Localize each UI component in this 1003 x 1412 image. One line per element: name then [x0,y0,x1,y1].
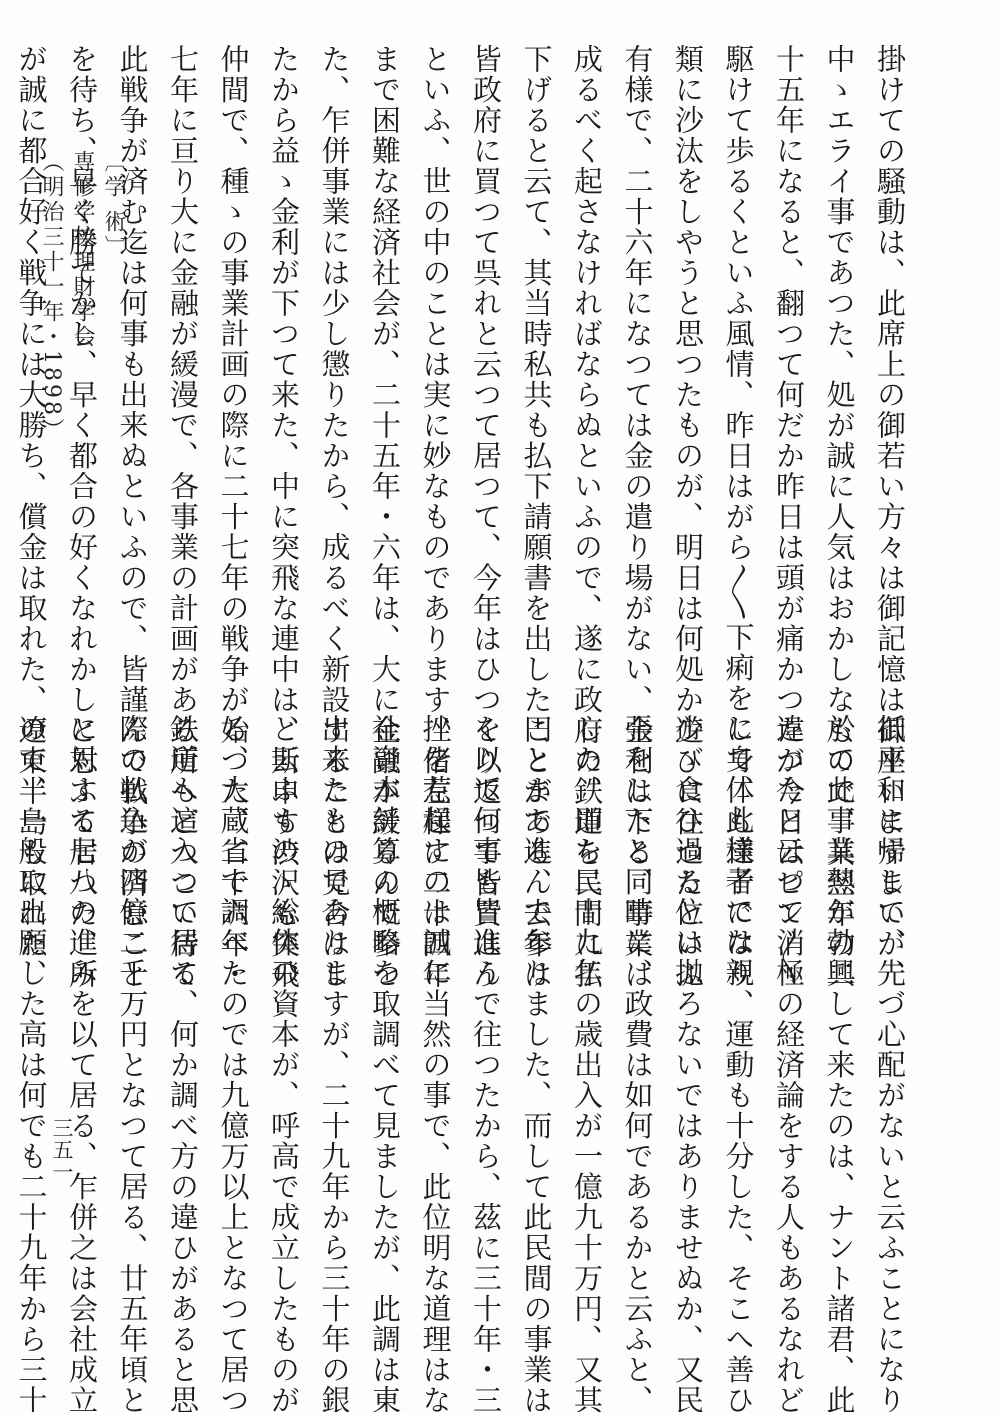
page-number: 三五一 [47,1117,77,1183]
text-column: た、乍併事業には少し懲りたから、成るべく新設することは見合はし [309,44,360,684]
text-column: 此戦争が済む迄は何事も出来ぬといふので、皆謹んで戦争の済むこと [107,44,158,684]
text-column: 成るべく起さなければならぬといふので、遂に政府の鉄道を民間に払 [562,44,613,684]
text-column: 仲間で、種ゝの事業計画の際に二十七年の戦争が始つた、二十六年・ [208,44,259,684]
text-column: した、即ち二十九年の歳出入が一億九十万円、又其翌年は二億四千万 [562,714,613,1354]
text-column: 抵平和に帰して、先づ心配がないと云ふことになりましたから、是に [865,714,916,1354]
text-column: 駆けて歩るくといふ風情、昨日はがら〳〵下痢をして、此様子では親 [713,44,764,684]
text-column: 十五年になると、翻つて何だか昨日は頭が痛かつたが今日はピン〳〵 [764,44,815,684]
text-column: といふ、世の中のことは実に妙なものであります、偖左様に二十四年 [410,44,461,684]
text-column: たから益ゝ金利が下つて来た、中に突飛な連中は、斯申す渋沢も突飛 [259,44,310,684]
text-block-lower: 抵平和に帰して、先づ心配がないと云ふことになりましたから、是に 於て此事業熱が勃… [95,714,915,1354]
text-block-upper: 掛けての騒動は、此席上の御若い方々は御記憶は御座いますまいが、 中ゝエライ事であ… [95,44,915,684]
text-column: 皆政府に買つて呉れと云つて居つて、今年はひつくり返つて皆買はう [461,44,512,684]
text-column: 中ゝエライ事であつた、処が誠に人気はおかしなもので、其翌年の二 [814,44,865,684]
text-column: まで困難な経済社会が、二十五年・六年は、大に金融が緩るんで参つ [360,44,411,684]
text-column: 出来たものでありますが、二十九年から三十年の銀行・諸会社・鉄道 [309,714,360,1354]
text-column: 有様で、二十六年になつては金の遣り場がない、金利は下る、事業は [612,44,663,684]
text-column: に対する七八の進みを以て居る、乍併之は会社成立のものから調べた [57,714,108,1354]
text-column: 鉄道も這入つて居る、何か調べ方の違ひがあると思ひます、而して実 [158,714,209,1354]
text-column: る、大蔵省で調べたのでは九億万以上となつて居つて、其中には官設 [208,714,259,1354]
text-column: に身体も達者になり、運動も十分した、そこへ善ひ御馳走が来たから [713,714,764,1354]
text-column: ので、一般に出願した高は何でも二十九年から三十年に掛けまして十 [6,714,57,1354]
text-column: 四億余りに相成ると云ふ、或人の調査を承つたことがあります、之は [0,714,6,1354]
text-column: 七年に亘り大に金融が緩漫で、各事業の計画がある所へどつこい待て [158,44,209,684]
text-column: 台湾も取れたと云ふので、牡丹餅で叩かれた様な心持になつた、所が [0,44,6,684]
text-column: 円とまで進んで参りました、而して此民間の事業は殆ど竹を破るの勢 [511,714,562,1354]
text-column: 掛けての騒動は、此席上の御若い方々は御記憶は御座いますまいが、 [865,44,916,684]
text-column: 於て此事業熱が勃興して来たのは、ナント諸君、此時一般の人気が間 [814,714,865,1354]
text-column: 挫を惹起すのは誠に当然の事で、此位明な道理はない、一寸私が諸会 [410,714,461,1354]
text-column: を以て何事も皆進んで往つたから、茲に三十年・三十一年頃に一の頓 [461,714,512,1354]
text-column: 際の払込が四億二千万円となつて居る、廿五年頃と比較すると殆ど十 [107,714,158,1354]
document-page: 〔学 術〕 専修学校理財学会 （明治三十一年・1898） 掛けての騒動は、此席上… [0,0,1003,1412]
text-column: 違つたと云つて消極の経済論をする人もあるなれども、斯く宜い工合 [764,714,815,1354]
text-column: が誠に都合好く戦争には大勝ち、償金は取れた、遼東半島も取れた、 [6,44,57,684]
text-column: 類に沙汰をしやうと思つたものが、明日は何処か遊びに往つたといふ [663,44,714,684]
text-column: 下げると云て、其当時私共も払下請願書を出したことがある、去年は [511,44,562,684]
text-column: 張をしたと同時に、政費は如何であるかと云ふと、此方も亦甚だ増加 [612,714,663,1354]
text-column: 少ゝ食ひ過る位は拋ろないではありませぬか、又民間の事業の俄に膨 [663,714,714,1354]
text-column: 社資本計算の概略を取調べて見ましたが、此調は東京商業会議所にて [360,714,411,1354]
text-column: を待ち、早く勝てかし、早く都合の好くなれかしと思ふて居つた、所 [57,44,108,684]
text-column: と云ふものゝ総体の資本が、呼高で成立したものが七億六千万円とな [259,714,310,1354]
